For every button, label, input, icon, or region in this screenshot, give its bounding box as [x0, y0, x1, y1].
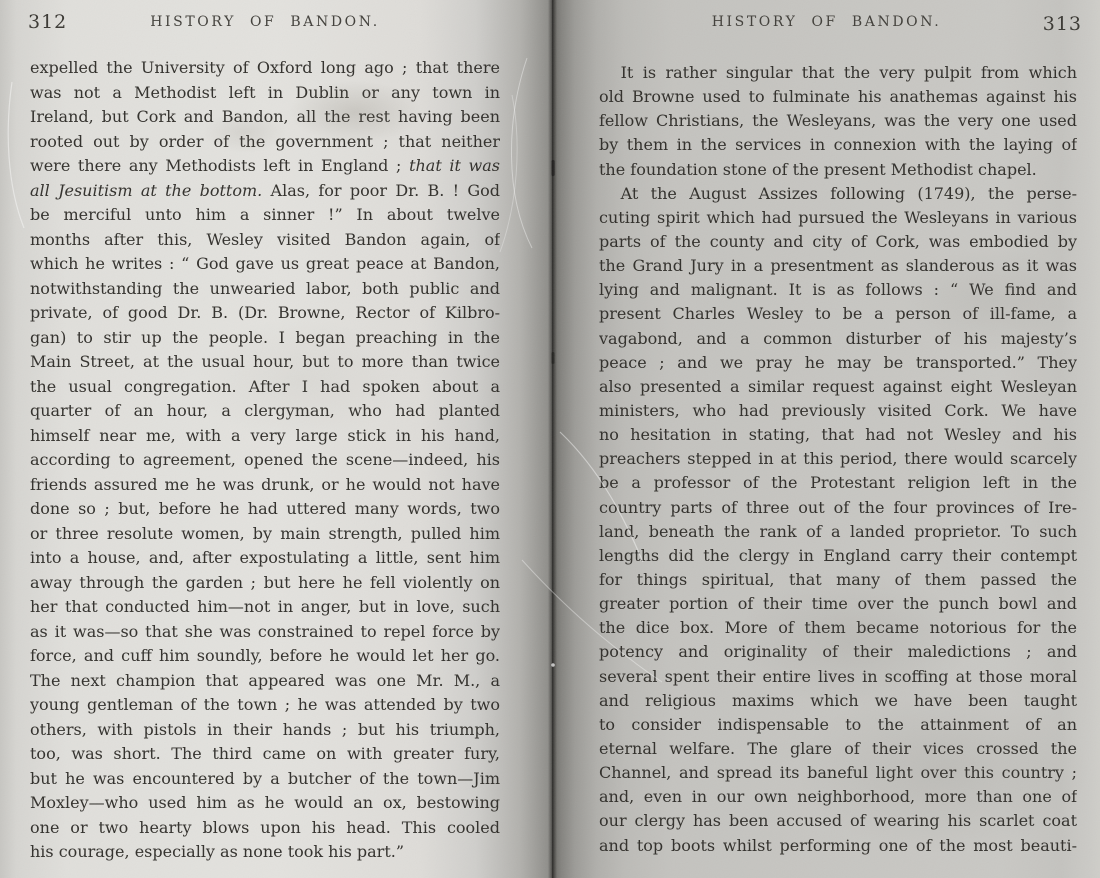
text-line: and top boots whilst performing one of t… — [599, 834, 1077, 858]
text-line: his courage, especially as none took his… — [30, 840, 500, 865]
text-line: months after this, Wesley visited Bandon… — [30, 228, 500, 253]
text-line: At the August Assizes following (1749), … — [599, 182, 1077, 206]
text-line: notwithstanding the unwearied labor, bot… — [30, 277, 500, 302]
text-line: present Charles Wesley to be a person of… — [599, 302, 1077, 326]
text-line: but he was encountered by a butcher of t… — [30, 767, 500, 792]
text-line: Moxley—who used him as he would an ox, b… — [30, 791, 500, 816]
running-head-right: HISTORY OF BANDON. — [553, 14, 1100, 30]
text-line: be merciful unto him a sinner !” In abou… — [30, 203, 500, 228]
text-line: which he writes : “ God gave us great pe… — [30, 252, 500, 277]
text-line: the dice box. More of them became notori… — [599, 616, 1077, 640]
text-line: land, beneath the rank of a landed propr… — [599, 520, 1077, 544]
text-line: by them in the services in connexion wit… — [599, 133, 1077, 157]
text-line: our clergy has been accused of wearing h… — [599, 809, 1077, 833]
text-line: eternal welfare. The glare of their vice… — [599, 737, 1077, 761]
text-line: done so ; but, before he had uttered man… — [30, 497, 500, 522]
text-line: were there any Methodists left in Englan… — [30, 154, 500, 179]
text-line: peace ; and we pray he may be transporte… — [599, 351, 1077, 375]
text-line: all Jesuitism at the bottom. Alas, for p… — [30, 179, 500, 204]
text-line: into a house, and, after expostulating a… — [30, 546, 500, 571]
text-line: away through the garden ; but here he fe… — [30, 571, 500, 596]
text-line: and, even in our own neighborhood, more … — [599, 785, 1077, 809]
page-left: 312 HISTORY OF BANDON. expelled the Univ… — [0, 0, 553, 878]
text-line: her that conducted him—not in anger, but… — [30, 595, 500, 620]
text-line: old Browne used to fulminate his anathem… — [599, 85, 1077, 109]
text-line: fellow Christians, the Wesleyans, was th… — [599, 109, 1077, 133]
text-line: lengths did the clergy in England carry … — [599, 544, 1077, 568]
text-line: The next champion that appeared was one … — [30, 669, 500, 694]
text-line: Main Street, at the usual hour, but to m… — [30, 350, 500, 375]
page-right: HISTORY OF BANDON. 313 It is rather sing… — [553, 0, 1100, 878]
page-body-right: It is rather singular that the very pulp… — [599, 61, 1077, 858]
text-line: to consider indispensable to the attainm… — [599, 713, 1077, 737]
text-line: ministers, who had previously visited Co… — [599, 399, 1077, 423]
text-line: also presented a similar request against… — [599, 375, 1077, 399]
text-line: the usual congregation. After I had spok… — [30, 375, 500, 400]
text-line: was not a Methodist left in Dublin or an… — [30, 81, 500, 106]
text-line: too, was short. The third came on with g… — [30, 742, 500, 767]
text-line: quarter of an hour, a clergyman, who had… — [30, 399, 500, 424]
text-line: It is rather singular that the very pulp… — [599, 61, 1077, 85]
text-line: friends assured me he was drunk, or he w… — [30, 473, 500, 498]
text-line: as it was—so that she was constrained to… — [30, 620, 500, 645]
text-line: cuting spirit which had pursued the Wesl… — [599, 206, 1077, 230]
text-line: force, and cuff him soundly, before he w… — [30, 644, 500, 669]
text-line: rooted out by order of the government ; … — [30, 130, 500, 155]
text-line: preachers stepped in at this period, the… — [599, 447, 1077, 471]
text-line: greater portion of their time over the p… — [599, 592, 1077, 616]
text-line: gan) to stir up the people. I began prea… — [30, 326, 500, 351]
text-line: Channel, and spread its baneful light ov… — [599, 761, 1077, 785]
text-line: according to agreement, opened the scene… — [30, 448, 500, 473]
text-line: no hesitation in stating, that had not W… — [599, 423, 1077, 447]
text-line: the foundation stone of the present Meth… — [599, 158, 1077, 182]
text-line: several spent their entire lives in scof… — [599, 665, 1077, 689]
text-line: the Grand Jury in a presentment as sland… — [599, 254, 1077, 278]
text-line: himself near me, with a very large stick… — [30, 424, 500, 449]
running-head-left: HISTORY OF BANDON. — [30, 14, 500, 30]
text-line: young gentleman of the town ; he was att… — [30, 693, 500, 718]
text-line: lying and malignant. It is as follows : … — [599, 278, 1077, 302]
page-body-left: expelled the University of Oxford long a… — [30, 56, 500, 865]
text-line: parts of the county and city of Cork, wa… — [599, 230, 1077, 254]
text-line: and religious maxims which we have been … — [599, 689, 1077, 713]
text-line: country parts of three out of the four p… — [599, 496, 1077, 520]
text-line: others, with pistols in their hands ; bu… — [30, 718, 500, 743]
text-line: potency and originality of their maledic… — [599, 640, 1077, 664]
text-line: be a professor of the Protestant religio… — [599, 471, 1077, 495]
text-line: Ireland, but Cork and Bandon, all the re… — [30, 105, 500, 130]
book-spread: 312 HISTORY OF BANDON. expelled the Univ… — [0, 0, 1100, 878]
text-line: private, of good Dr. B. (Dr. Browne, Rec… — [30, 301, 500, 326]
text-line: one or two hearty blows upon his head. T… — [30, 816, 500, 841]
text-line: or three resolute women, by main strengt… — [30, 522, 500, 547]
text-line: for things spiritual, that many of them … — [599, 568, 1077, 592]
text-line: vagabond, and a common disturber of his … — [599, 327, 1077, 351]
page-number-right: 313 — [1043, 13, 1082, 35]
text-line: expelled the University of Oxford long a… — [30, 56, 500, 81]
